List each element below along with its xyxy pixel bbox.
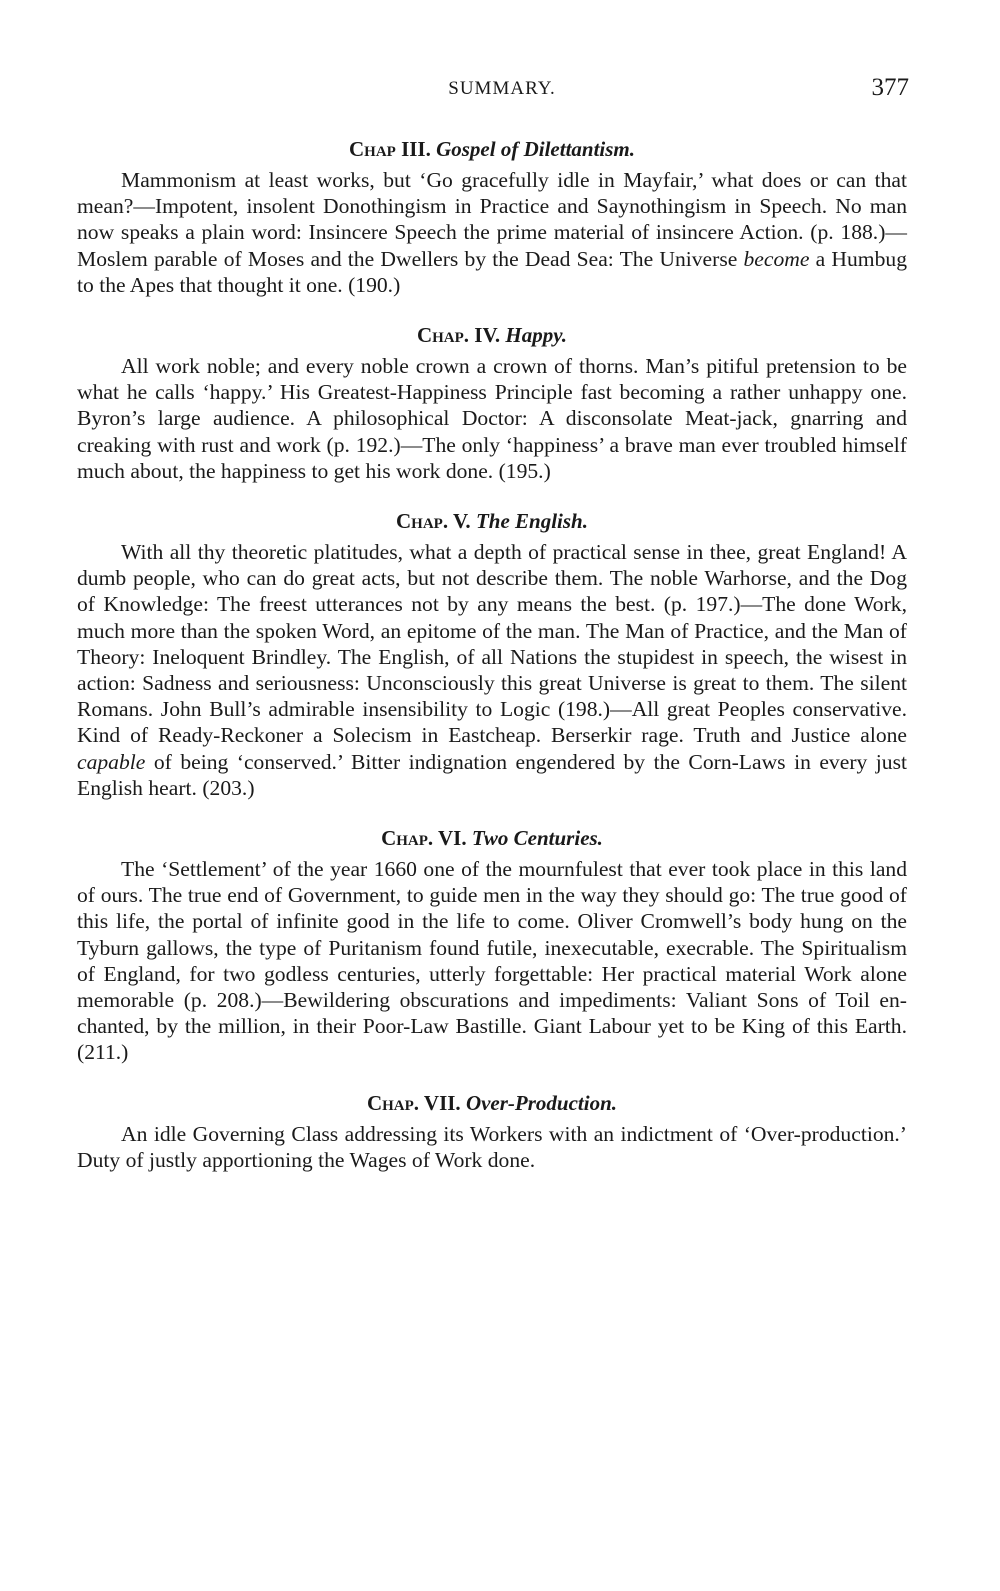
chapter-3-summary: Chap III. Gospel of Dilettantism. Mammon…	[77, 134, 907, 298]
chapter-title: Gospel of Dilettantism.	[436, 137, 635, 161]
chapter-summary-text: Mammonism at least works, but ‘Go gracef…	[77, 167, 907, 298]
chapter-heading: Chap. V. The English.	[77, 506, 907, 536]
chapter-title: Over-Production.	[466, 1091, 617, 1115]
chapter-heading: Chap. VII. Over-Production.	[77, 1088, 907, 1118]
chapter-heading: Chap. IV. Happy.	[77, 320, 907, 350]
text-run: of being ‘conserved.’ Bitter indignation…	[77, 750, 907, 800]
chapter-summary-text: All work noble; and every noble crown a …	[77, 353, 907, 484]
page-number: 377	[872, 74, 910, 102]
chapter-label: Chap. V.	[396, 509, 471, 533]
chapter-label: Chap III.	[349, 137, 431, 161]
italic-emphasis: become	[744, 247, 810, 271]
chapter-label: Chap. VII.	[367, 1091, 461, 1115]
chapter-label: Chap. VI.	[381, 826, 467, 850]
chapter-title: Two Centuries.	[472, 826, 603, 850]
chapter-heading: Chap. VI. Two Centuries.	[77, 823, 907, 853]
chapter-title: Happy.	[505, 323, 567, 347]
text-run: All work noble; and every noble crown a …	[77, 354, 907, 483]
chapter-7-summary: Chap. VII. Over-Production. An idle Gove…	[77, 1088, 907, 1173]
chapter-6-summary: Chap. VI. Two Centuries. The ‘Settlement…	[77, 823, 907, 1066]
chapter-4-summary: Chap. IV. Happy. All work noble; and eve…	[77, 320, 907, 484]
text-run: With all thy theoretic platitudes, what …	[77, 540, 907, 747]
text-run: The ‘Settlement’ of the year 1660 one of…	[77, 857, 907, 1064]
book-page: SUMMARY. 377 Chap III. Gospel of Diletta…	[77, 70, 907, 1173]
chapter-title: The English.	[476, 509, 588, 533]
chapter-5-summary: Chap. V. The English. With all thy theor…	[77, 506, 907, 801]
text-run: An idle Governing Class addressing its W…	[77, 1122, 907, 1172]
italic-emphasis: capable	[77, 750, 145, 774]
running-head: SUMMARY. 377	[77, 70, 907, 110]
chapter-summary-text: The ‘Settlement’ of the year 1660 one of…	[77, 856, 907, 1066]
running-title: SUMMARY.	[77, 78, 907, 100]
chapter-label: Chap. IV.	[417, 323, 500, 347]
chapter-summary-text: With all thy theoretic platitudes, what …	[77, 539, 907, 801]
chapter-summary-text: An idle Governing Class addressing its W…	[77, 1121, 907, 1173]
chapter-heading: Chap III. Gospel of Dilettantism.	[77, 134, 907, 164]
